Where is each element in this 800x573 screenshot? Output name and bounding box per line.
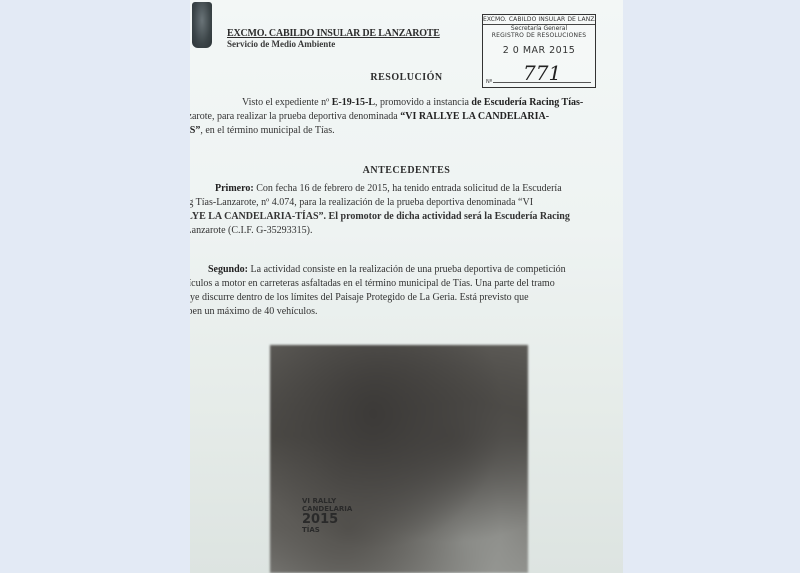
primero-text: Con fecha 16 de febrero de 2015, ha teni… bbox=[254, 183, 562, 194]
event-name-end: TÍAS” bbox=[190, 125, 200, 136]
organization-name: EXCMO. CABILDO INSULAR DE LANZAROTE bbox=[227, 28, 440, 39]
segundo-text: del rallye discurre dentro de los límite… bbox=[190, 291, 566, 305]
section-title: ANTECEDENTES bbox=[190, 165, 623, 176]
applicant-name: de Escudería Racing Tías- bbox=[471, 97, 583, 108]
coat-of-arms-icon bbox=[192, 2, 212, 48]
intro-paragraph: Visto el expediente nº E-19-15-L, promov… bbox=[190, 96, 583, 138]
segundo-text: La actividad consiste en la realización … bbox=[248, 264, 566, 275]
intro-text: Lanzarote, para realizar la prueba depor… bbox=[190, 111, 400, 122]
event-name: “VI RALLYE LA CANDELARIA- bbox=[400, 111, 549, 122]
poster-caption-line: VI RALLY bbox=[302, 497, 352, 505]
stamp-registry: REGISTRO DE RESOLUCIONES bbox=[483, 32, 595, 39]
segundo-text: participen un máximo de 40 vehículos. bbox=[190, 305, 566, 319]
poster-caption-year: 2015 bbox=[302, 513, 352, 526]
primero-paragraph: Primero: Con fecha 16 de febrero de 2015… bbox=[190, 182, 570, 238]
segundo-text: de vehículos a motor en carreteras asfal… bbox=[190, 277, 566, 291]
stamp-date: 2 0 MAR 2015 bbox=[483, 45, 595, 56]
intro-text: , en el término municipal de Tías. bbox=[200, 125, 334, 136]
poster-caption-line: TÍAS bbox=[302, 526, 352, 534]
primero-text: Racing Tías-Lanzarote, nº 4.074, para la… bbox=[190, 196, 570, 210]
intro-text: , promovido a instancia bbox=[375, 97, 471, 108]
file-number: E-19-15-L bbox=[332, 97, 375, 108]
primero-text: RALLYE LA CANDELARIA-TÍAS”. El promotor … bbox=[190, 210, 570, 224]
poster-caption: VI RALLY CANDELARIA 2015 TÍAS bbox=[302, 497, 352, 534]
document-title: RESOLUCIÓN bbox=[190, 72, 623, 83]
stamp-secretaria: Secretaría General bbox=[483, 25, 595, 32]
segundo-paragraph: Segundo: La actividad consiste en la rea… bbox=[190, 263, 566, 319]
document-photo: EXCMO. CABILDO INSULAR DE LANZAROTE Serv… bbox=[190, 0, 623, 573]
department-name: Servicio de Medio Ambiente bbox=[227, 39, 335, 49]
stamp-organization: EXCMO. CABILDO INSULAR DE LANZAROTE bbox=[483, 15, 595, 25]
rally-poster-image bbox=[270, 345, 528, 573]
segundo-label: Segundo: bbox=[208, 264, 248, 275]
primero-label: Primero: bbox=[215, 183, 254, 194]
primero-text: Tías-Lanzarote (C.I.F. G-35293315). bbox=[190, 224, 570, 238]
intro-text: Visto el expediente nº bbox=[242, 97, 332, 108]
